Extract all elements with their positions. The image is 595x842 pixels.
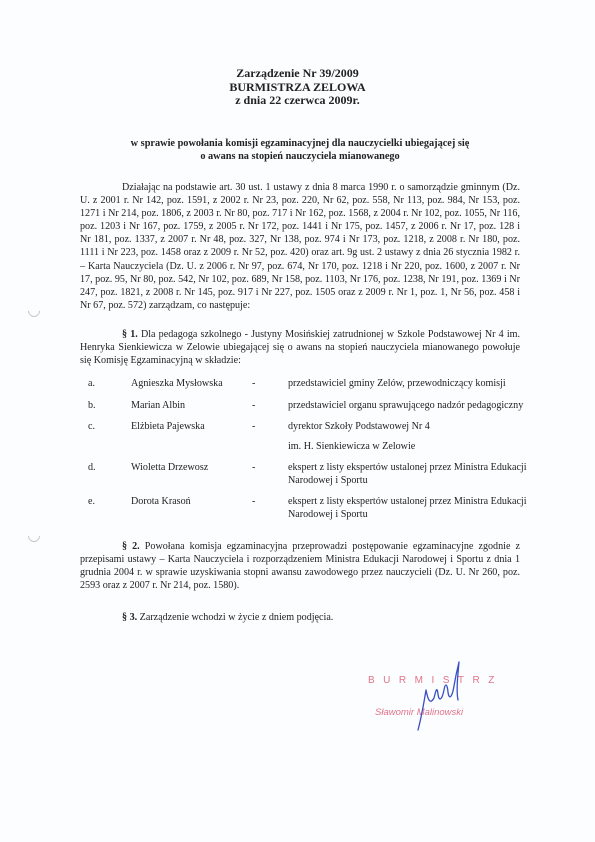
- member-letter: b.: [88, 400, 108, 413]
- committee-member: d.Wioletta Drzewosz-ekspert z listy eksp…: [88, 462, 538, 487]
- member-name: Marian Albin: [131, 400, 251, 413]
- signature-stamp: BURMISTRZ Sławomir Malinowski: [345, 670, 520, 740]
- section-1: § 1. Dla pedagoga szkolnego - Justyny Mo…: [80, 328, 520, 367]
- member-letter: c.: [88, 421, 108, 434]
- issue-date: z dnia 22 czerwca 2009r.: [0, 94, 595, 108]
- member-role: przedstawiciel organu sprawującego nadzó…: [288, 400, 528, 413]
- committee-member: b.Marian Albin-przedstawiciel organu spr…: [88, 400, 538, 413]
- section-label: § 3.: [122, 612, 137, 623]
- committee-member: a.Agnieszka Mysłowska-przedstawiciel gmi…: [88, 378, 538, 391]
- issuer: BURMISTRZA ZELOWA: [0, 81, 595, 95]
- member-name: Agnieszka Mysłowska: [131, 378, 251, 391]
- member-role: ekspert z listy ekspertów ustalonej prze…: [288, 496, 528, 521]
- member-dash: -: [252, 421, 255, 434]
- section-label: § 1.: [122, 329, 138, 340]
- member-letter: e.: [88, 496, 108, 509]
- section-2: § 2. Powołana komisja egzaminacyjna prze…: [80, 540, 520, 592]
- section-label: § 2.: [122, 541, 140, 552]
- member-dash: -: [252, 378, 255, 391]
- punch-hole-mark: [26, 528, 43, 545]
- member-letter: a.: [88, 378, 108, 391]
- member-name: Dorota Krasoń: [131, 496, 251, 509]
- legal-basis-paragraph: Działając na podstawie art. 30 ust. 1 us…: [80, 181, 520, 312]
- member-role-continuation: im. H. Sienkiewicza w Zelowie: [288, 441, 538, 454]
- member-name: Elżbieta Pajewska: [131, 421, 251, 434]
- section-3: § 3. Zarządzenie wchodzi w życie z dniem…: [80, 611, 520, 624]
- committee-member-list: a.Agnieszka Mysłowska-przedstawiciel gmi…: [88, 378, 538, 530]
- punch-hole-mark: [26, 303, 43, 320]
- member-dash: -: [252, 400, 255, 413]
- member-dash: -: [252, 462, 255, 475]
- member-dash: -: [252, 496, 255, 509]
- member-name: Wioletta Drzewosz: [131, 462, 251, 475]
- member-role: przedstawiciel gminy Zelów, przewodniczą…: [288, 378, 528, 391]
- committee-member: e.Dorota Krasoń-ekspert z listy ekspertó…: [88, 496, 538, 521]
- member-role: dyrektor Szkoły Podstawowej Nr 4: [288, 421, 528, 434]
- member-letter: d.: [88, 462, 108, 475]
- member-role: ekspert z listy ekspertów ustalonej prze…: [288, 462, 528, 487]
- document-header: Zarządzenie Nr 39/2009 BURMISTRZA ZELOWA…: [0, 67, 595, 108]
- ordinance-number: Zarządzenie Nr 39/2009: [0, 67, 595, 81]
- document-page: Zarządzenie Nr 39/2009 BURMISTRZA ZELOWA…: [0, 0, 595, 842]
- committee-member: c.Elżbieta Pajewska-dyrektor Szkoły Pods…: [88, 421, 538, 434]
- document-subject: w sprawie powołania komisji egzaminacyjn…: [80, 137, 520, 163]
- handwritten-signature-icon: [410, 660, 470, 740]
